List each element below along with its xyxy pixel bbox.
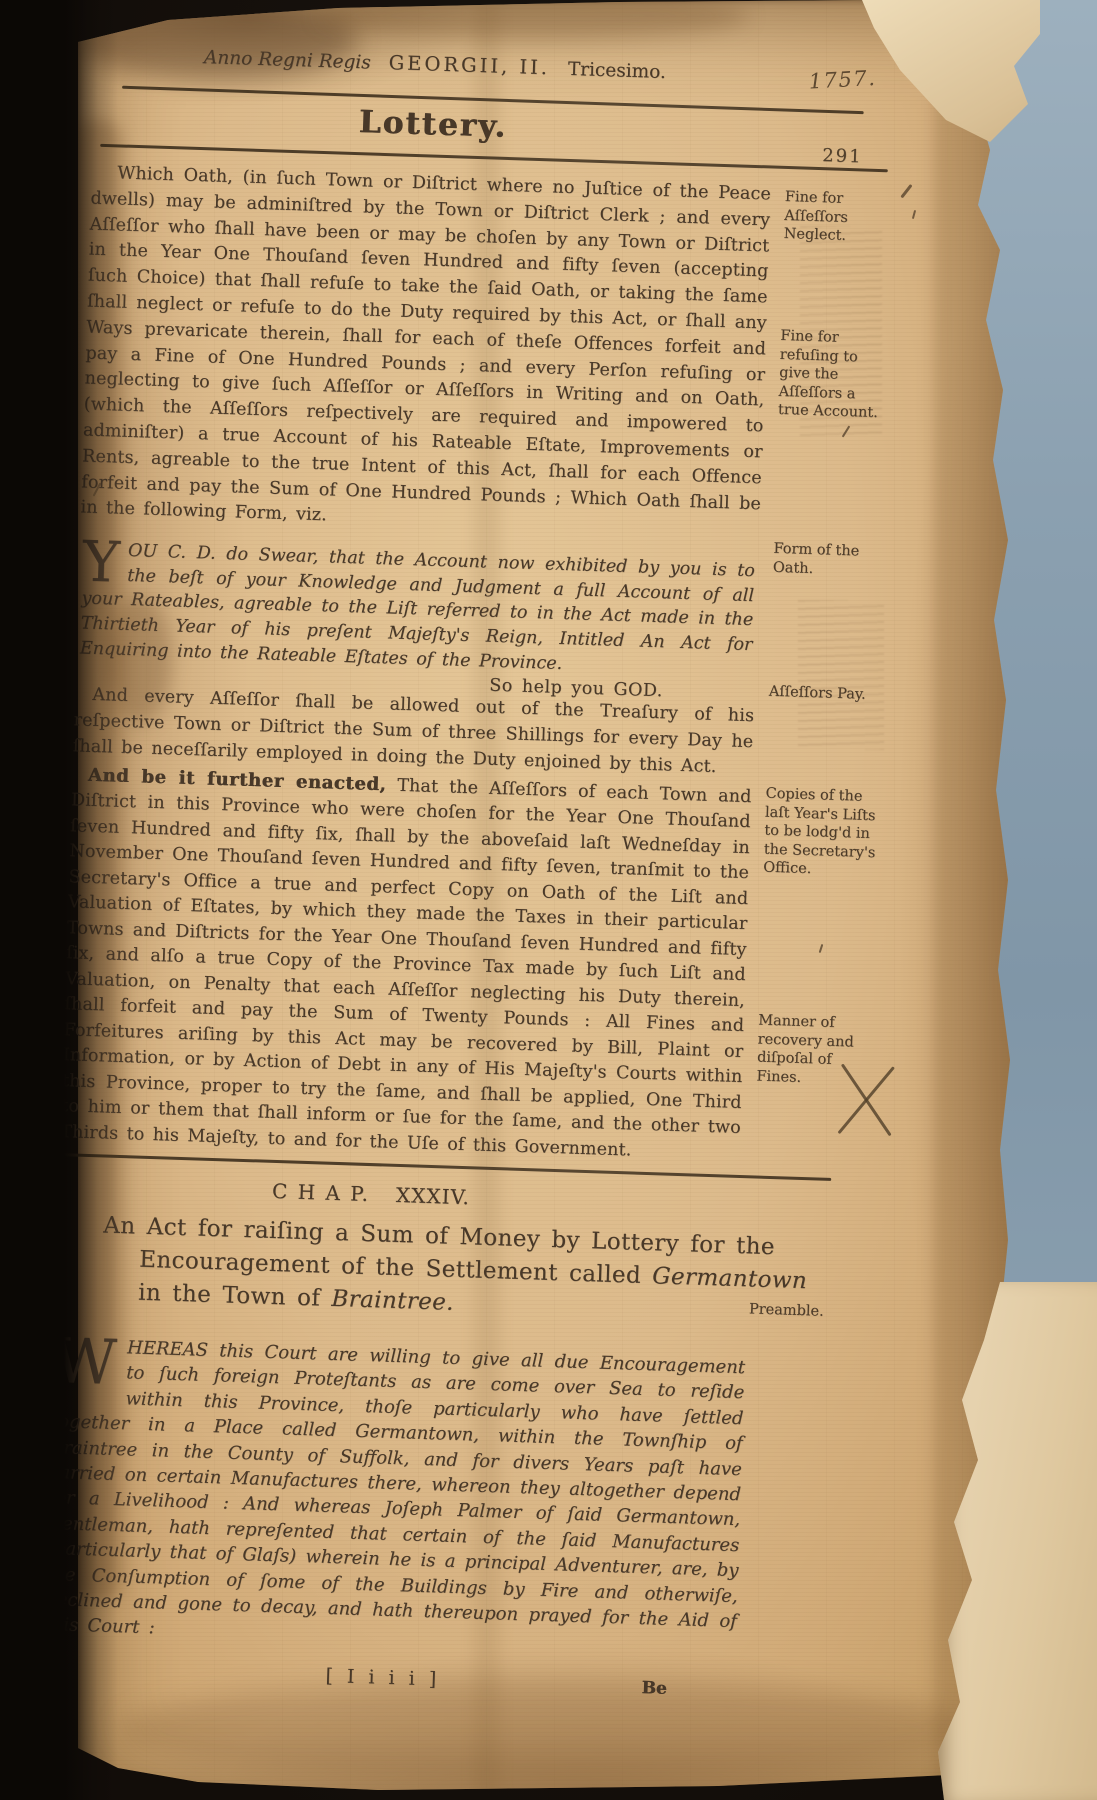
paragraph-further-enacted: And be it further enacted, That the Aſſe… <box>60 762 752 1167</box>
chapter-label: C H A P. <box>272 1179 371 1206</box>
running-title: Lottery. <box>358 104 508 145</box>
regnal-year-latin: Anno Regni Regis <box>204 47 371 73</box>
enacting-clause-text: That the Aſſeſſors of each Town and Diſt… <box>60 775 752 1160</box>
drop-cap-initial: Y <box>82 538 128 585</box>
signature-mark: [ I i i i ] <box>325 1665 440 1691</box>
paragraph-oath-form: YOU C. D. do Swear, that the Account now… <box>76 538 756 683</box>
page-number: 291 <box>822 145 863 167</box>
printed-content: Anno Regni Regis GEORGII, II. Tricesimo.… <box>43 28 898 1704</box>
drop-cap-initial: W <box>52 1333 127 1387</box>
oath-text: OU C. D. do Swear, that the Account now … <box>80 541 755 673</box>
handwritten-cross-mark <box>831 1060 903 1136</box>
enacting-clause-lead: And be it further enacted, <box>88 764 387 795</box>
catchword: Be <box>641 1678 667 1699</box>
king-name: GEORGII, II. <box>388 51 550 79</box>
act-title-place: Braintree. <box>331 1286 454 1316</box>
margin-note-assessors-pay: Aſſeſſors Pay. <box>769 683 882 705</box>
chapter-numeral: XXXIV. <box>396 1183 471 1209</box>
margin-note-fine-refusing: Fine for refuſing to give the Aſſeſſors … <box>778 327 893 423</box>
paragraph-preamble: WHEREAS this Court are willing to give a… <box>44 1333 745 1660</box>
margin-note-fine-neglect: Fine for Aſſeſſors Neglect. <box>783 188 897 247</box>
act-title-place: Germantown <box>652 1263 808 1294</box>
preamble-text: HEREAS this Court are willing to give al… <box>44 1337 745 1638</box>
act-title-text: in the Town of <box>138 1280 332 1312</box>
margin-note-form-of-oath: Form of the Oath. <box>773 540 886 581</box>
margin-note-preamble: Preamble. <box>749 1300 862 1322</box>
ink-stroke <box>841 1064 891 1137</box>
margin-note-copies-of-lists: Copies of the laſt Year's Liſts to be lo… <box>763 785 878 881</box>
regnal-year-number: Tricesimo. <box>568 59 667 83</box>
paper-stain <box>318 0 748 40</box>
act-title: An Act for raiſing a Sum of Money by Lot… <box>55 1208 860 1333</box>
paragraph-oath-requirement: Which Oath, (in ſuch Town or Diſtrict wh… <box>80 161 771 544</box>
book-photo-background: { "page_header": { "anno": "Anno Regni R… <box>0 0 1097 1800</box>
handwritten-year: 1757. <box>808 66 877 94</box>
